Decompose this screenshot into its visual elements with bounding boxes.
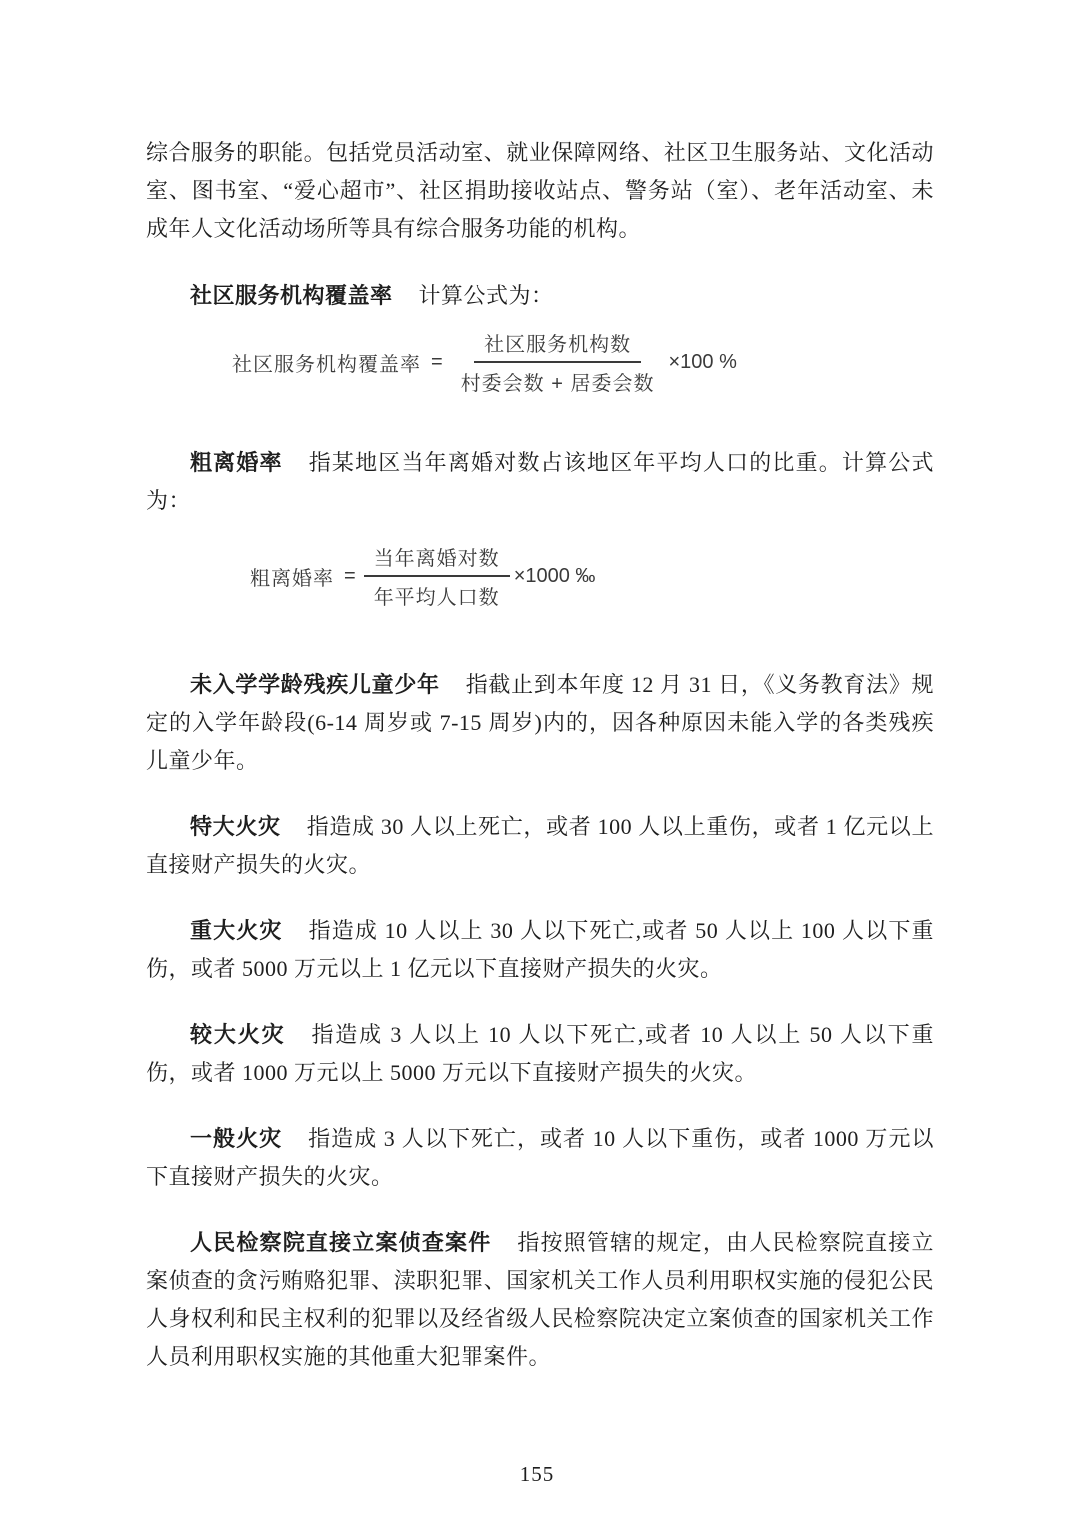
term-entry-crude-divorce-rate: 粗离婚率指某地区当年离婚对数占该地区年平均人口的比重。计算公式为：: [146, 444, 934, 520]
fraction: 当年离婚对数 年平均人口数: [364, 542, 510, 610]
equals-sign: =: [431, 351, 443, 374]
document-page: 综合服务的职能。包括党员活动室、就业保障网络、社区卫生服务站、文化活动室、图书室…: [0, 0, 1074, 1520]
fraction: 社区服务机构数 村委会数 + 居委会数: [451, 328, 665, 396]
equals-sign: =: [344, 565, 356, 588]
term-label: 粗离婚率: [190, 450, 283, 475]
fraction-denominator: 村委会数 + 居委会数: [451, 363, 665, 396]
formula-community-service-coverage: 社区服务机构覆盖率 = 社区服务机构数 村委会数 + 居委会数 ×100 %: [232, 328, 934, 396]
term-label: 社区服务机构覆盖率: [190, 283, 393, 308]
term-label: 未入学学龄残疾儿童少年: [190, 672, 440, 697]
term-entry-extraordinary-fire: 特大火灾指造成 30 人以上死亡，或者 100 人以上重伤，或者 1 亿元以上直…: [146, 808, 934, 884]
formula-lhs: 粗离婚率: [250, 562, 334, 591]
fraction-denominator: 年平均人口数: [364, 577, 510, 610]
term-entry-major-fire: 重大火灾指造成 10 人以上 30 人以下死亡,或者 50 人以上 100 人以…: [146, 912, 934, 988]
term-entry-unenrolled-disabled-children: 未入学学龄残疾儿童少年指截止到本年度 12 月 31 日，《义务教育法》规定的入…: [146, 666, 934, 780]
term-label: 重大火灾: [190, 918, 283, 943]
paragraph-continuation: 综合服务的职能。包括党员活动室、就业保障网络、社区卫生服务站、文化活动室、图书室…: [146, 134, 934, 248]
term-label: 人民检察院直接立案侦查案件: [190, 1230, 491, 1255]
term-definition: 计算公式为：: [419, 283, 554, 308]
formula-crude-divorce-rate: 粗离婚率 = 当年离婚对数 年平均人口数 ×1000 ‰: [250, 542, 934, 610]
term-label: 一般火灾: [190, 1126, 282, 1151]
fraction-numerator: 社区服务机构数: [474, 328, 641, 363]
formula-multiplier: ×100 %: [668, 351, 736, 374]
page-number: 155: [0, 1462, 1074, 1487]
term-entry-ordinary-fire: 一般火灾指造成 3 人以下死亡，或者 10 人以下重伤，或者 1000 万元以下…: [146, 1120, 934, 1196]
term-label: 特大火灾: [190, 814, 281, 839]
page-content: 综合服务的职能。包括党员活动室、就业保障网络、社区卫生服务站、文化活动室、图书室…: [146, 134, 934, 1376]
term-entry-large-fire: 较大火灾指造成 3 人以上 10 人以下死亡,或者 10 人以上 50 人以下重…: [146, 1016, 934, 1092]
term-entry-community-service-coverage: 社区服务机构覆盖率计算公式为：: [146, 277, 934, 315]
term-entry-procuratorate-direct-investigation-cases: 人民检察院直接立案侦查案件指按照管辖的规定，由人民检察院直接立案侦查的贪污贿赂犯…: [146, 1224, 934, 1376]
formula-lhs: 社区服务机构覆盖率: [232, 348, 421, 377]
formula-multiplier: ×1000 ‰: [514, 565, 596, 588]
term-label: 较大火灾: [190, 1022, 285, 1047]
fraction-numerator: 当年离婚对数: [364, 542, 510, 577]
